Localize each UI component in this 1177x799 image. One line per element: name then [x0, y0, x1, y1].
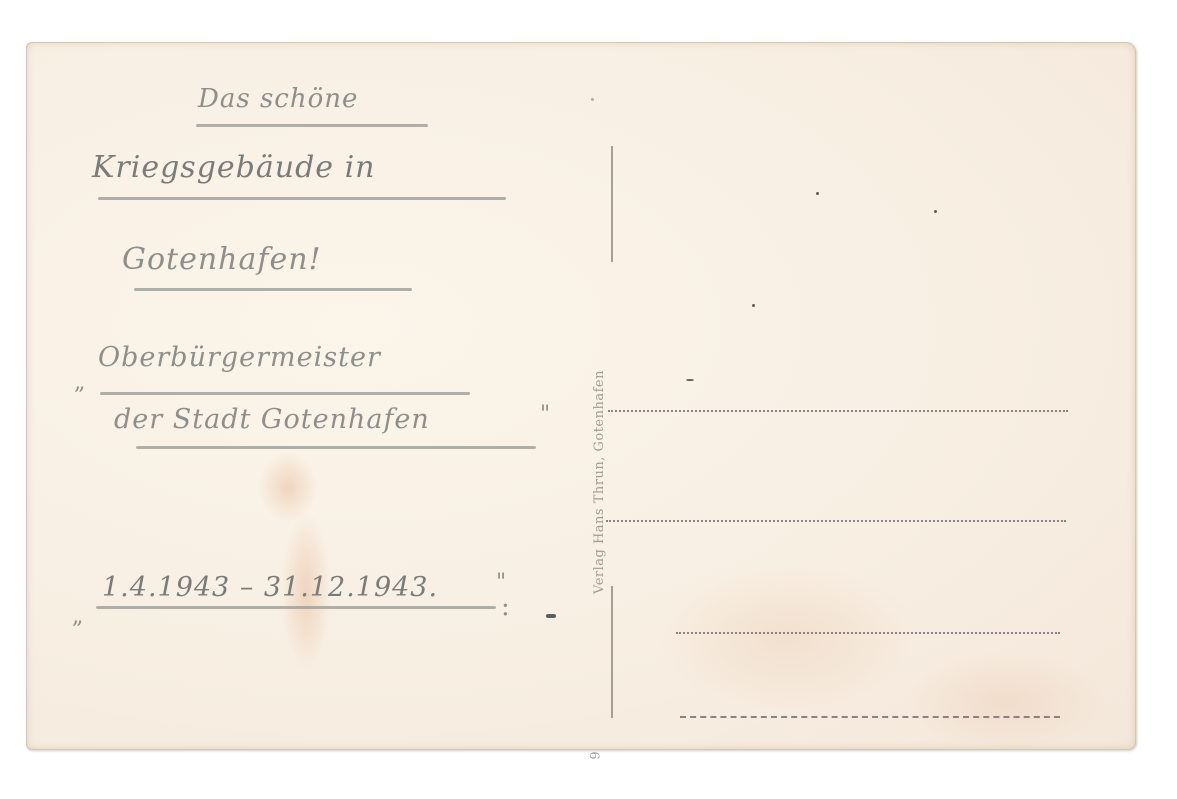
water-stain [258, 452, 318, 522]
paper-speck [752, 304, 755, 307]
message-line-4: Oberbürgermeister [98, 342, 381, 373]
message-line-2: Kriegsgebäude in [92, 150, 375, 185]
postcard-back: Das schöne Kriegsgebäude in Gotenhafen! … [26, 42, 1136, 750]
divider-line [611, 146, 613, 262]
address-line-3 [676, 632, 1060, 634]
card-number: 9 [589, 751, 604, 759]
opening-quote: „ [72, 604, 83, 629]
paper-speck [686, 379, 694, 381]
water-stain [906, 652, 1106, 752]
underline [134, 288, 412, 291]
underline [136, 446, 536, 449]
paper-speck [816, 192, 819, 195]
closing-colon: : [501, 592, 510, 622]
divider-line [611, 586, 613, 718]
underline [196, 124, 428, 127]
paper-speck [934, 210, 937, 213]
message-line-5: der Stadt Gotenhafen [114, 404, 430, 435]
address-line-4 [680, 716, 1060, 718]
underline [96, 606, 496, 609]
address-line-2 [606, 520, 1066, 522]
closing-quote: " [540, 402, 550, 427]
publisher-imprint: Verlag Hans Thrun, Gotenhafen [592, 370, 607, 594]
underline [98, 197, 506, 200]
message-date-range: 1.4.1943 – 31.12.1943. [102, 572, 438, 603]
address-line-1 [608, 410, 1068, 412]
message-line-3: Gotenhafen! [122, 242, 322, 277]
pencil-mark [546, 614, 556, 618]
message-line-1: Das schöne [198, 84, 358, 114]
opening-quote: „ [74, 370, 85, 395]
paper-speck [591, 98, 594, 101]
water-stain [656, 562, 916, 712]
underline [100, 392, 470, 395]
